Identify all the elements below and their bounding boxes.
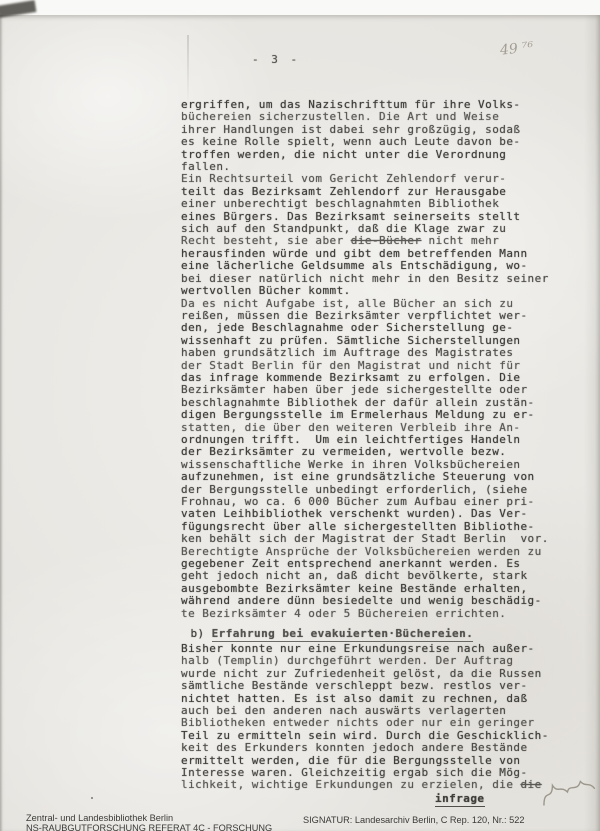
section-b-label: b)	[190, 627, 204, 640]
paper-crease	[187, 35, 189, 105]
section-b-heading: Erfahrung bei evakuierten·Büchereien.	[212, 627, 474, 642]
section-a-text: ergriffen, um das Nazischrifttum für ihr…	[181, 99, 573, 620]
paper-background: - 3 - 49 ⁷⁶ ergriffen, um das Nazischrif…	[0, 15, 600, 831]
text-line: statten, die über den weiteren Verbleib …	[181, 422, 573, 434]
text-line: es keine Rolle spielt, wenn auch Leute d…	[181, 136, 573, 148]
scanned-document-page: - 3 - 49 ⁷⁶ ergriffen, um das Nazischrif…	[0, 0, 600, 831]
text-line: einer unberechtigt beschlagnahmten Bibli…	[181, 198, 573, 210]
text-line: Ein Rechtsurteil vom Gericht Zehlendorf …	[181, 173, 573, 185]
text-line: troffen werden, die nicht unter die Vero…	[181, 149, 573, 161]
text-line: lichkeit, wichtige Erkundungen zu erziel…	[181, 779, 577, 791]
page-number: - 3 -	[252, 53, 300, 66]
text-line: keit des Erkunders konnten jedoch andere…	[181, 742, 577, 754]
text-line: Bibliotheken entweder nichts oder nur ei…	[181, 717, 577, 729]
text-line: wissenschaftliche Werke in ihren Volksbü…	[181, 459, 573, 471]
text-line: reißen, müssen die Bezirksämter verpflic…	[181, 310, 573, 322]
text-line: geht jedoch nicht an, daß dicht bevölker…	[181, 570, 573, 582]
text-line: beschlagnahmte Bibliothek der dafür alle…	[181, 397, 573, 409]
text-line: der Stadt Berlin für den Magistrat und n…	[181, 360, 573, 372]
archive-stamp-left: Zentral- und Landesbibliothek Berlin NS-…	[26, 814, 272, 831]
catchword: infrage	[435, 792, 485, 807]
text-line: Berechtigte Ansprüche der Volksbüchereie…	[181, 546, 573, 558]
text-line: Recht besteht, sie aber die-Bücher nicht…	[181, 235, 573, 247]
paper-corner-shadow	[0, 0, 36, 18]
department-name: NS-RAUBGUTFORSCHUNG REFERAT 4C - FORSCHU…	[26, 824, 272, 831]
ink-speck	[91, 797, 93, 799]
text-line: sämtliche Bestände verschleppt bezw. res…	[181, 680, 577, 692]
text-line: Frohnau, wo ca. 6 000 Bücher zum Aufbau …	[181, 496, 573, 508]
archive-signature: SIGNATUR: Landesarchiv Berlin, C Rep. 12…	[303, 815, 524, 825]
text-line: bei dieser natürlich nicht mehr in den B…	[181, 273, 573, 285]
section-b-text: Bisher konnte nur eine Erkundungsreise n…	[181, 643, 577, 792]
handwritten-archive-number: 49 ⁷⁶	[499, 39, 534, 58]
